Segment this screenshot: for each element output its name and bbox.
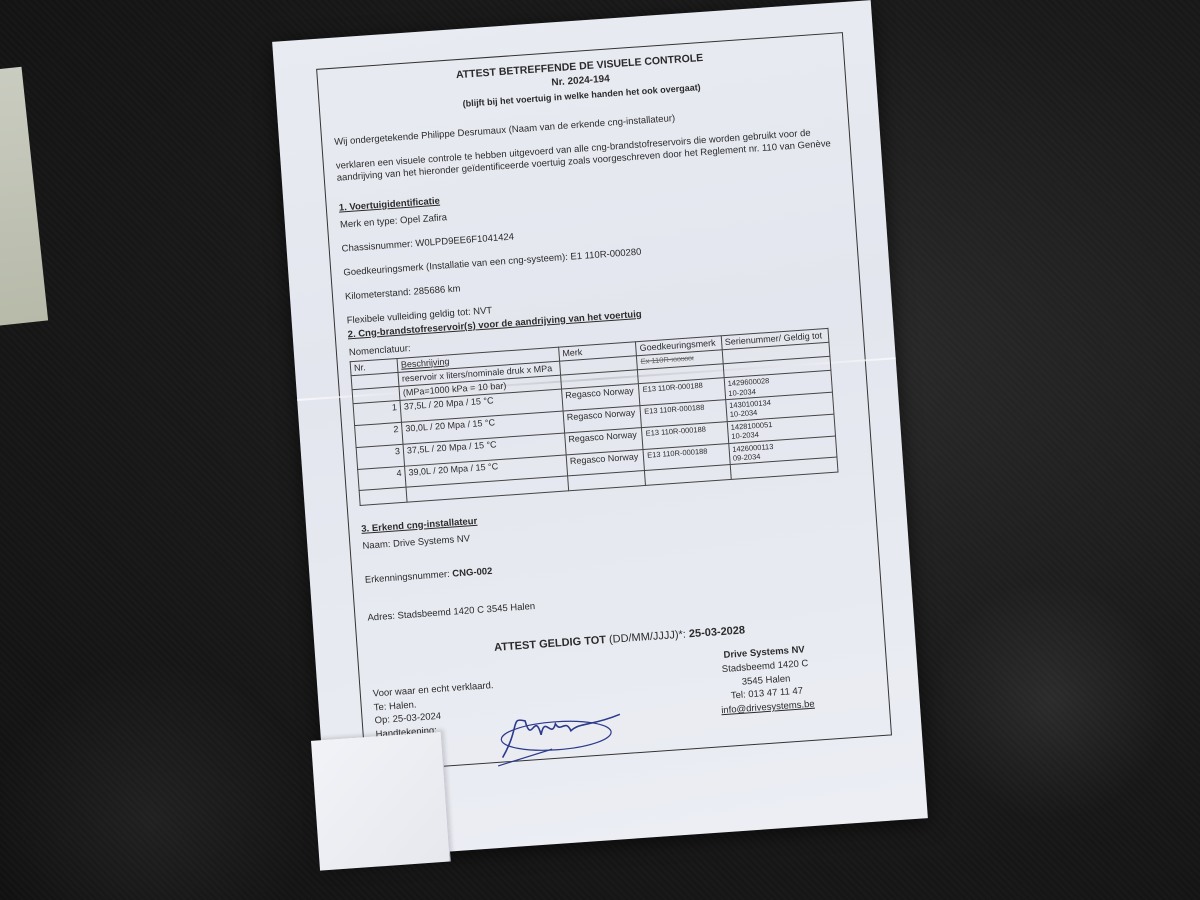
- certificate-paper: ATTEST BETREFFENDE DE VISUELE CONTROLE N…: [272, 0, 928, 860]
- folded-corner: [311, 732, 451, 871]
- installer-address: Adres: Stadsbeemd 1420 C 3545 Halen: [367, 578, 867, 625]
- handwritten-signature-icon: [489, 699, 633, 769]
- document-content: ATTEST BETREFFENDE DE VISUELE CONTROLE N…: [330, 43, 875, 743]
- company-stamp: Drive Systems NV Stadsbeemd 1420 C 3545 …: [717, 644, 815, 720]
